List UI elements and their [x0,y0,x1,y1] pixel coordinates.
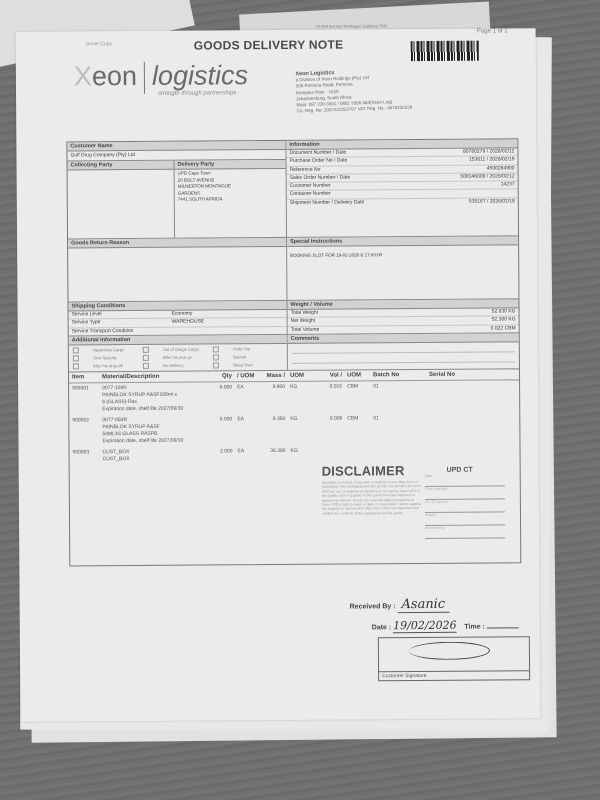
option-time-specific[interactable]: Time Specific [73,355,143,361]
copy-label: Driver Copy [86,41,112,47]
company-address: Xeon Logistics a Division of Xeon Holdin… [295,68,412,115]
option-label: Sleep Over [233,362,253,367]
logo-divider [144,62,145,94]
vol-uom [343,447,370,461]
info-value: 508146009 / 2026/02/12 [460,173,514,181]
qty: 2.000 [211,448,233,462]
upd-field[interactable]: Received by: [425,525,505,539]
serial [415,382,489,411]
time-label: Time : [464,624,485,631]
checkbox[interactable] [213,354,219,360]
batch: 01 [369,415,415,443]
option-futile-trip[interactable]: Futile Trip [213,346,283,352]
col-uom: / UOM [232,373,259,379]
logo-x: X [74,61,92,91]
checkbox[interactable] [143,355,149,361]
logo-eon: eon [92,61,137,91]
address-line: 7441 SOUTH AFRICA [178,196,283,203]
option-after-hrs-pick-up[interactable]: After hrs pick up [143,354,213,360]
item-rows: 9000010077-100RPAINBLOK SYRUP A&SF100ml … [69,380,520,465]
col-vol-uom: UOM [342,372,369,378]
info-label: Shipment Number / Delivery Date [290,199,365,207]
batch: 01 [369,383,415,411]
vol: 0.008 [312,415,342,443]
col-batch: Batch No [369,372,415,378]
option-label: Out of Gauge Cargo [163,347,199,352]
upd-field[interactable]: Time received: [425,486,505,500]
info-label: Document Number / Date [289,150,346,158]
document-title: GOODS DELIVERY NOTE [194,38,344,53]
checkbox[interactable] [73,347,79,353]
serial [415,414,489,443]
item-number: 900002 [72,417,102,445]
option-sleep-over[interactable]: Sleep Over [213,362,283,368]
shipping-conditions-rows: Service LevelEconomyService TypeWAREHOUS… [69,310,287,335]
checkbox[interactable] [213,346,219,352]
batch [370,447,416,461]
option-no-delivery[interactable]: No Delivery [143,362,213,368]
material-description: 0077-100RPAINBLOK SYRUP A&SF100ml x6 (GL… [102,384,210,413]
shipping-label: Service Level [72,311,172,319]
item-number: 900001 [72,385,102,413]
top-address-fragment: 10 Bolt Avenue Montague Gardens 7441 [316,23,388,29]
info-label: Sales Order Number / Date [290,174,351,182]
received-by-label: Received By : [350,603,396,610]
item-number: 900003 [73,449,103,463]
vol [313,447,343,461]
information-rows: Document Number / Date80780279 / 2026/02… [286,148,517,207]
material-description: 0077-050RPAINBLOK SYRUP A&SF50MLX6 GLASS… [102,416,210,445]
shipping-label: Service Type [72,319,172,327]
collecting-party-header: Collecting Party [68,161,174,171]
upd-ct-fields: Date:Time received:No. Of cartons:Weight… [425,473,505,539]
qty: 6.000 [210,384,232,412]
weight-volume-rows: Total Weight52.630 KGNet Weight52.300 KG… [288,308,519,334]
mass-uom: KG [285,416,312,444]
col-qty: Qty [210,373,232,379]
col-item: Item [72,374,102,380]
info-label: Reference No [290,166,321,174]
option-label: Hazardous Cargo [93,347,124,352]
option-label: Time Specific [93,355,117,360]
mass-uom: KG [285,384,312,412]
checkbox[interactable] [213,362,219,368]
col-material: Material/Description [102,373,210,380]
info-value: 153611 / 2026/02/19 [469,157,515,165]
checkbox[interactable] [143,347,149,353]
option-label: After hrs pick up [163,355,192,360]
mass: 6.350 [259,416,285,444]
col-vol: Vol / [312,372,342,378]
goods-return-header: Goods Return Reason [68,238,286,249]
shipping-value: WAREHOUSE [172,319,205,327]
customer-signature-box[interactable]: Customer Signature [378,636,530,681]
shipping-value: Economy [172,311,193,318]
checkbox[interactable] [73,363,79,369]
option-after-hrs-drop-off[interactable]: After hrs drop off [73,363,143,369]
table-row: 900003CUST_BOXCUST_BOX2.000EA36.380KG [70,444,520,465]
checkbox[interactable] [143,363,149,369]
logo-logistics: logistics [152,60,248,91]
mass-uom: KG [286,448,313,462]
disclaimer-body: Signature of receipt of any item contain… [322,480,422,516]
option-label: After hrs drop off [93,363,123,368]
info-label: Container Number [290,191,331,199]
special-instructions-value: BOOKING SLOT FOR 19-02-2026 & 17:00:00 [287,245,518,260]
mass: 36.380 [260,448,286,462]
barcode [411,41,479,61]
additional-info-options: Hazardous CargoOut of Gauge CargoFutile … [69,344,287,372]
goods-delivery-note: 10 Bolt Avenue Montague Gardens 7441 Dri… [16,28,541,722]
info-value: 535167 / 2026/02/18 [469,198,515,206]
info-value: 80780279 / 2026/02/12 [463,148,515,156]
table-row: 9000020077-050RPAINBLOK SYRUP A&SF50MLX6… [69,412,519,447]
wv-label: Net Weight [291,318,316,325]
serial [416,446,490,461]
col-serial: Serial No [415,371,489,378]
material-description: CUST_BOXCUST_BOX [103,448,211,463]
page-indicator: Page 1 of 1 [477,28,508,34]
option-label: Futile Trip [233,346,251,351]
wv-label: Total Weight [291,310,318,317]
col-mass: Mass / [259,373,285,379]
signature-label: Customer Signature [379,670,529,680]
vol-uom: CBM [342,383,369,411]
option-label: No Delivery [163,363,184,368]
wv-value: 52.630 KG [492,308,516,315]
description-line: CUST_BOX [103,455,211,463]
signature-scribble [409,642,490,661]
checkbox[interactable] [73,355,79,361]
info-value: 14237 [501,182,515,189]
shipping-label: Service Transport Condition [72,327,172,335]
option-out-of-gauge-cargo[interactable]: Out of Gauge Cargo [143,346,213,352]
items-table-body: 9000010077-100RPAINBLOK SYRUP A&SF100ml … [69,380,520,565]
disclaimer-block: DISCLAIMER Signature of receipt of any i… [322,463,422,516]
information-row: Shipment Number / Delivery Date535167 / … [287,198,518,207]
info-label: Purchase Order No / Date [289,158,347,166]
table-row: 9000010077-100RPAINBLOK SYRUP A&SF100ml … [69,380,519,415]
delivery-form: Customer Name Gulf Drug Company (Pty) Lt… [66,138,521,566]
wv-value: 0.022 CBM [491,325,516,332]
delivery-party-address: UPD Cape Town 20 BOLT AVENUE MILNERTON M… [175,169,286,204]
upd-ct-block: UPD CT Date:Time received:No. Of cartons… [425,466,506,539]
wv-value: 52.300 KG [492,317,516,324]
received-by-row: Received By : Asanic [350,597,450,613]
logo-tagline: strength through partnerships [158,90,236,97]
time-field[interactable] [487,627,519,628]
shipping-row: Service Transport Condition [69,327,287,336]
received-by-handwritten[interactable]: Asanic [397,597,449,613]
date-label: Date : [372,624,392,631]
qty: 6.000 [210,416,232,444]
disclaimer-title: DISCLAIMER [322,463,422,479]
option-label: Special [233,354,246,359]
uom: EA [232,416,259,444]
comments-line[interactable] [292,352,515,364]
upd-field[interactable]: No. Of cartons: [425,499,505,513]
date-time-row: Date : 19/02/2026 Time : [372,618,519,632]
info-label: Customer Number [290,183,331,191]
vol: 0.015 [312,383,342,411]
uom: EA [232,384,259,412]
upd-field[interactable]: Weight: [425,512,505,526]
uom: EA [233,448,260,462]
wv-label: Total Volume [291,326,320,333]
option-hazardous-cargo[interactable]: Hazardous Cargo [73,347,143,353]
date-handwritten[interactable]: 19/02/2026 [393,619,457,633]
info-value: 4500284900 [487,165,515,172]
description-line: Expiration date, shelf life 2027/09/30 [102,405,210,413]
col-mass-uom: UOM [285,373,312,379]
mass: 9.900 [259,384,285,412]
company-logo: Xeonlogistics [74,60,248,94]
option-special[interactable]: Special [213,354,283,360]
upd-field[interactable]: Date: [425,473,505,487]
description-line: Expiration date, shelf life 2027/09/30 [102,437,210,445]
vol-uom: CBM [342,415,369,443]
